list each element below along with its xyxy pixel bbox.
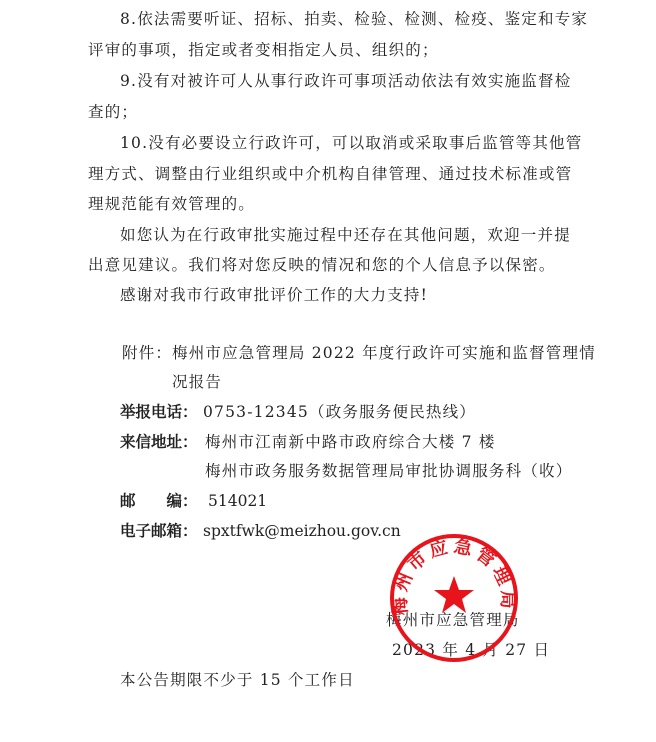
official-seal-icon: 梅州市应急管理局	[388, 532, 520, 664]
attachment-label: 附件：	[122, 343, 172, 363]
paragraph-8-line1: 8.依法需要听证、招标、拍卖、检验、检测、检疫、鉴定和专家	[120, 9, 588, 29]
feedback-paragraph-line1: 如您认为在行政审批实施过程中还存在其他问题，欢迎一并提	[120, 225, 571, 245]
postcode-label: 邮 编：	[120, 491, 198, 511]
address-label: 来信地址：	[120, 432, 198, 452]
paragraph-9-line2: 查的；	[88, 102, 138, 122]
paragraph-10-line3: 理规范能有效管理的。	[88, 194, 255, 214]
attachment-link[interactable]: 梅州市应急管理局 2022 年度行政许可实施和监督管理情	[172, 343, 596, 363]
address-line1: 梅州市江南新中路市政府综合大楼 7 楼	[205, 432, 496, 452]
phone-label: 举报电话：	[120, 402, 198, 422]
postcode-value: 514021	[208, 491, 267, 511]
address-line2: 梅州市政务服务数据管理局审批协调服务科（收）	[205, 461, 572, 481]
phone-value: 0753-12345（政务服务便民热线）	[203, 402, 476, 422]
paragraph-9-line1: 9.没有对被许可人从事行政许可事项活动依法有效实施监督检	[120, 71, 571, 91]
attachment-link-line2[interactable]: 况报告	[172, 372, 222, 392]
thanks-paragraph: 感谢对我市行政审批评价工作的大力支持!	[120, 285, 428, 305]
footer-note: 本公告期限不少于 15 个工作日	[120, 670, 355, 690]
email-label: 电子邮箱：	[120, 521, 198, 541]
paragraph-10-line2: 理方式、调整由行业组织或中介机构自律管理、通过技术标准或管	[88, 164, 572, 184]
paragraph-8-line2: 评审的事项，指定或者变相指定人员、组织的；	[88, 40, 439, 60]
feedback-paragraph-line2: 出意见建议。我们将对您反映的情况和您的个人信息予以保密。	[88, 255, 556, 275]
email-link[interactable]: spxtfwk@meizhou.gov.cn	[203, 521, 401, 541]
paragraph-10-line1: 10.没有必要设立行政许可，可以取消或采取事后监管等其他管	[120, 133, 582, 153]
